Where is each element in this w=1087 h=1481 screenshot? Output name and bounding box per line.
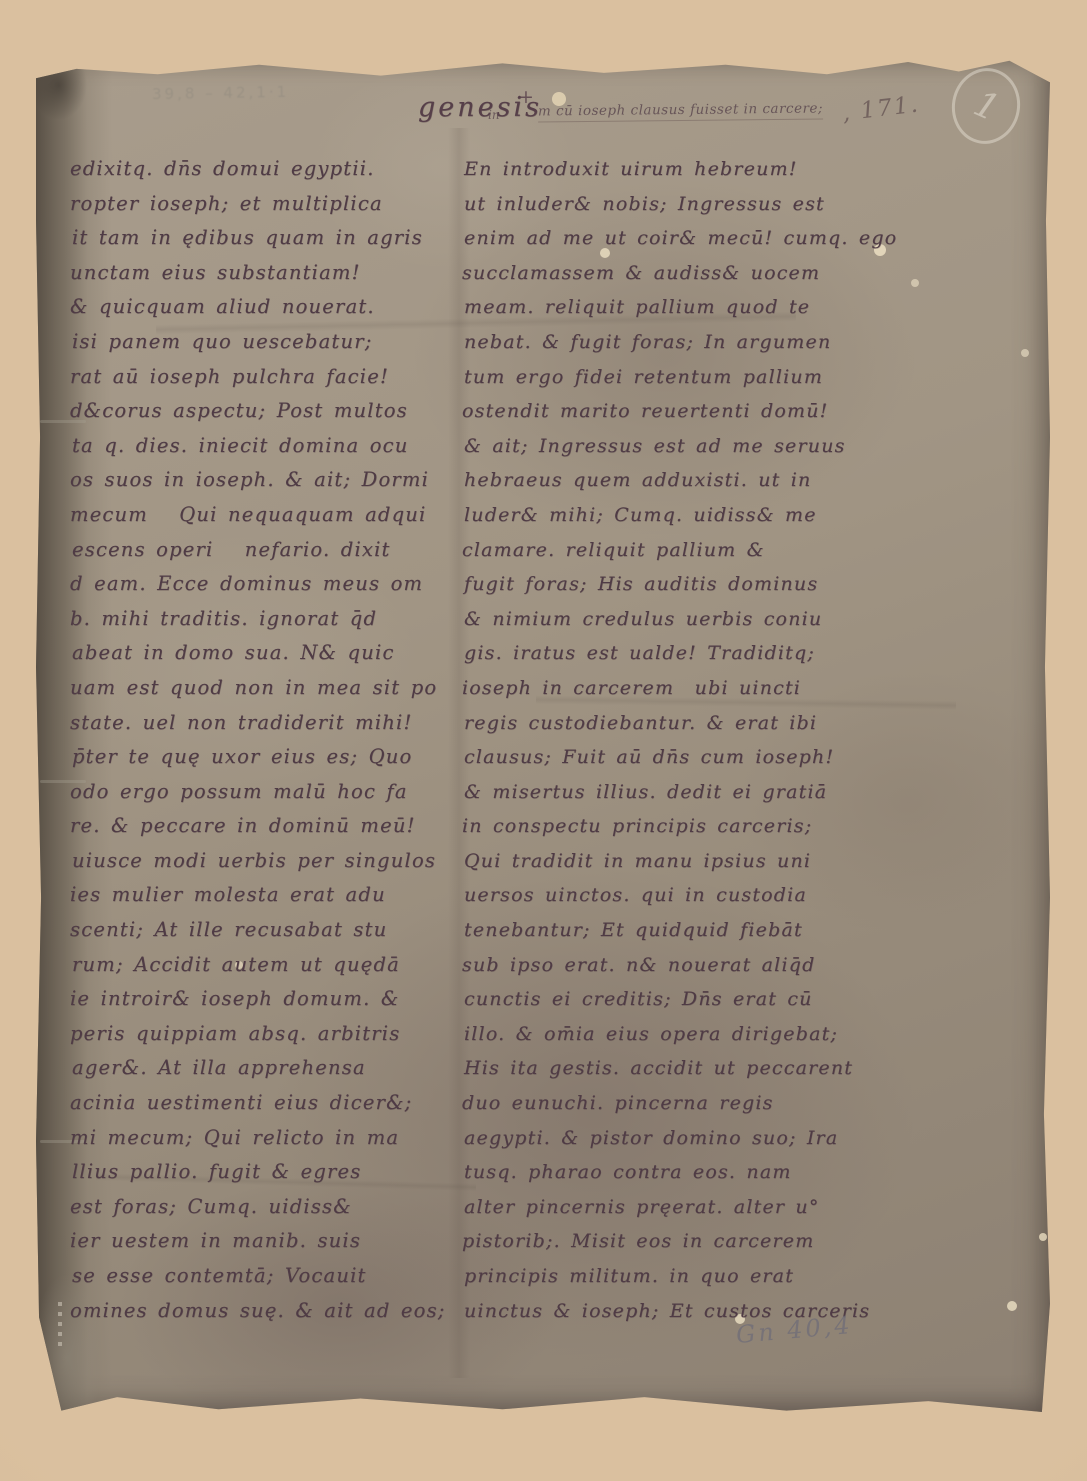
manuscript-line: hebraeus quem adduxisti. ut in xyxy=(464,463,974,498)
manuscript-line: abeat in domo sua. N& quic xyxy=(72,636,474,671)
header-gloss-prefix: in xyxy=(488,108,500,122)
manuscript-line: principis militum. in quo erat xyxy=(464,1259,974,1294)
manuscript-line: meam. reliquit pallium quod te xyxy=(464,290,974,325)
manuscript-line: llius pallio. fugit & egres xyxy=(72,1155,474,1190)
manuscript-line: ostendit marito reuertenti domū! xyxy=(462,394,972,429)
manuscript-line: duo eunuchi. pincerna regis xyxy=(462,1086,972,1121)
manuscript-line: ager&. At illa apprehensa xyxy=(72,1051,474,1086)
manuscript-line: tusq. pharao contra eos. nam xyxy=(464,1155,974,1190)
manuscript-line: & misertus illius. dedit ei gratiā xyxy=(464,775,974,810)
manuscript-line: omines domus suę. & ait ad eos; xyxy=(70,1294,472,1329)
manuscript-line: ioseph in carcerem ubi uincti xyxy=(462,671,972,706)
manuscript-line: rum; Accidit autem ut quędā xyxy=(72,948,474,983)
manuscript-line: d&corus aspectu; Post multos xyxy=(70,394,472,429)
manuscript-line: tenebantur; Et quidquid fiebāt xyxy=(464,913,974,948)
manuscript-line: clamare. reliquit pallium & xyxy=(462,533,972,568)
manuscript-line: mecum Qui nequaquam adqui xyxy=(70,498,472,533)
manuscript-line: acinia uestimenti eius dicer&; xyxy=(70,1086,472,1121)
manuscript-line: ut inluder& nobis; Ingressus est xyxy=(464,187,974,222)
manuscript-line: nebat. & fugit foras; In argumen xyxy=(464,325,974,360)
manuscript-line: peris quippiam absq. arbitris xyxy=(70,1017,472,1052)
manuscript-line: alter pincernis pręerat. alter u° xyxy=(464,1190,974,1225)
manuscript-line: in conspectu principis carceris; xyxy=(462,809,972,844)
manuscript-line: escens operi nefario. dixit xyxy=(72,533,474,568)
manuscript-line: succlamassem & audiss& uocem xyxy=(462,256,972,291)
manuscript-line: tum ergo fidei retentum pallium xyxy=(464,360,974,395)
manuscript-line: pistorib;. Misit eos in carcerem xyxy=(462,1224,972,1259)
photo-mat: 39,8 – 42,1·1 genesis + in m cū ioseph c… xyxy=(0,0,1087,1481)
text-column-right: En introduxit uirum hebreum!ut inluder& … xyxy=(464,152,974,1328)
manuscript-line: unctam eius substantiam! xyxy=(70,256,472,291)
manuscript-line: gis. iratus est ualde! Tradiditq; xyxy=(464,636,974,671)
header-gloss: m cū ioseph clausus fuisset in carcere; xyxy=(538,101,823,123)
manuscript-line: uinctus & ioseph; Et custos carceris xyxy=(464,1294,974,1329)
manuscript-line: enim ad me ut coir& mecū! cumq. ego xyxy=(464,221,974,256)
manuscript-line: p̄ter te quę uxor eius es; Quo xyxy=(72,740,474,775)
manuscript-line: En introduxit uirum hebreum! xyxy=(464,152,974,187)
manuscript-line: ropter ioseph; et multiplica xyxy=(70,187,472,222)
manuscript-line: odo ergo possum malū hoc fa xyxy=(70,775,472,810)
manuscript-line: est foras; Cumq. uidiss& xyxy=(70,1190,472,1225)
manuscript-line: cunctis ei creditis; Dn̄s erat cū xyxy=(464,982,974,1017)
manuscript-line: d eam. Ecce dominus meus om xyxy=(70,567,472,602)
manuscript-line: b. mihi traditis. ignorat q̄d xyxy=(70,602,472,637)
manuscript-page: 39,8 – 42,1·1 genesis + in m cū ioseph c… xyxy=(36,58,1050,1412)
manuscript-line: ier uestem in manib. suis xyxy=(70,1224,472,1259)
pencil-inscription: 39,8 – 42,1·1 xyxy=(152,83,289,103)
manuscript-line: uersos uinctos. qui in custodia xyxy=(464,878,974,913)
manuscript-line: ta q. dies. iniecit domina ocu xyxy=(72,429,474,464)
manuscript-line: ie introir& ioseph domum. & xyxy=(70,982,472,1017)
manuscript-line: His ita gestis. accidit ut peccarent xyxy=(464,1051,974,1086)
manuscript-line: rat aū ioseph pulchra facie! xyxy=(70,360,472,395)
manuscript-line: clausus; Fuit aū dn̄s cum ioseph! xyxy=(464,740,974,775)
manuscript-line: isi panem quo uescebatur; xyxy=(72,325,474,360)
manuscript-line: uiusce modi uerbis per singulos xyxy=(72,844,474,879)
folio-number: ‚ 171. xyxy=(841,91,921,126)
manuscript-line: it tam in ędibus quam in agris xyxy=(72,221,474,256)
manuscript-line: & quicquam aliud nouerat. xyxy=(70,290,472,325)
manuscript-line: aegypti. & pistor domino suo; Ira xyxy=(464,1121,974,1156)
manuscript-line: sub ipso erat. n& nouerat aliq̄d xyxy=(462,948,972,983)
manuscript-line: scenti; At ille recusabat stu xyxy=(70,913,472,948)
manuscript-line: se esse contemtā; Vocauit xyxy=(72,1259,474,1294)
chalk-numeral: 1 xyxy=(967,83,1005,130)
manuscript-line: regis custodiebantur. & erat ibi xyxy=(464,706,974,741)
manuscript-line: edixitq. dn̄s domui egyptii. xyxy=(70,152,472,187)
text-column-left: edixitq. dn̄s domui egyptii.ropter iosep… xyxy=(70,152,472,1328)
manuscript-line: state. uel non tradiderit mihi! xyxy=(70,706,472,741)
manuscript-line: os suos in ioseph. & ait; Dormi xyxy=(70,463,472,498)
manuscript-line: & nimium credulus uerbis coniu xyxy=(464,602,974,637)
manuscript-line: ies mulier molesta erat adu xyxy=(70,878,472,913)
chalk-circle-mark: 1 xyxy=(946,63,1026,150)
manuscript-line: uam est quod non in mea sit po xyxy=(70,671,472,706)
damage-spots xyxy=(36,58,42,64)
manuscript-line: illo. & om̄ia eius opera dirigebat; xyxy=(464,1017,974,1052)
manuscript-line: fugit foras; His auditis dominus xyxy=(464,567,974,602)
manuscript-line: & ait; Ingressus est ad me seruus xyxy=(464,429,974,464)
manuscript-line: Qui tradidit in manu ipsius uni xyxy=(464,844,974,879)
manuscript-line: re. & peccare in dominū meū! xyxy=(70,809,472,844)
manuscript-line: mi mecum; Qui relicto in ma xyxy=(70,1121,472,1156)
manuscript-line: luder& mihi; Cumq. uidiss& me xyxy=(464,498,974,533)
cross-mark: + xyxy=(518,86,534,108)
stitching-marks xyxy=(58,1302,62,1348)
